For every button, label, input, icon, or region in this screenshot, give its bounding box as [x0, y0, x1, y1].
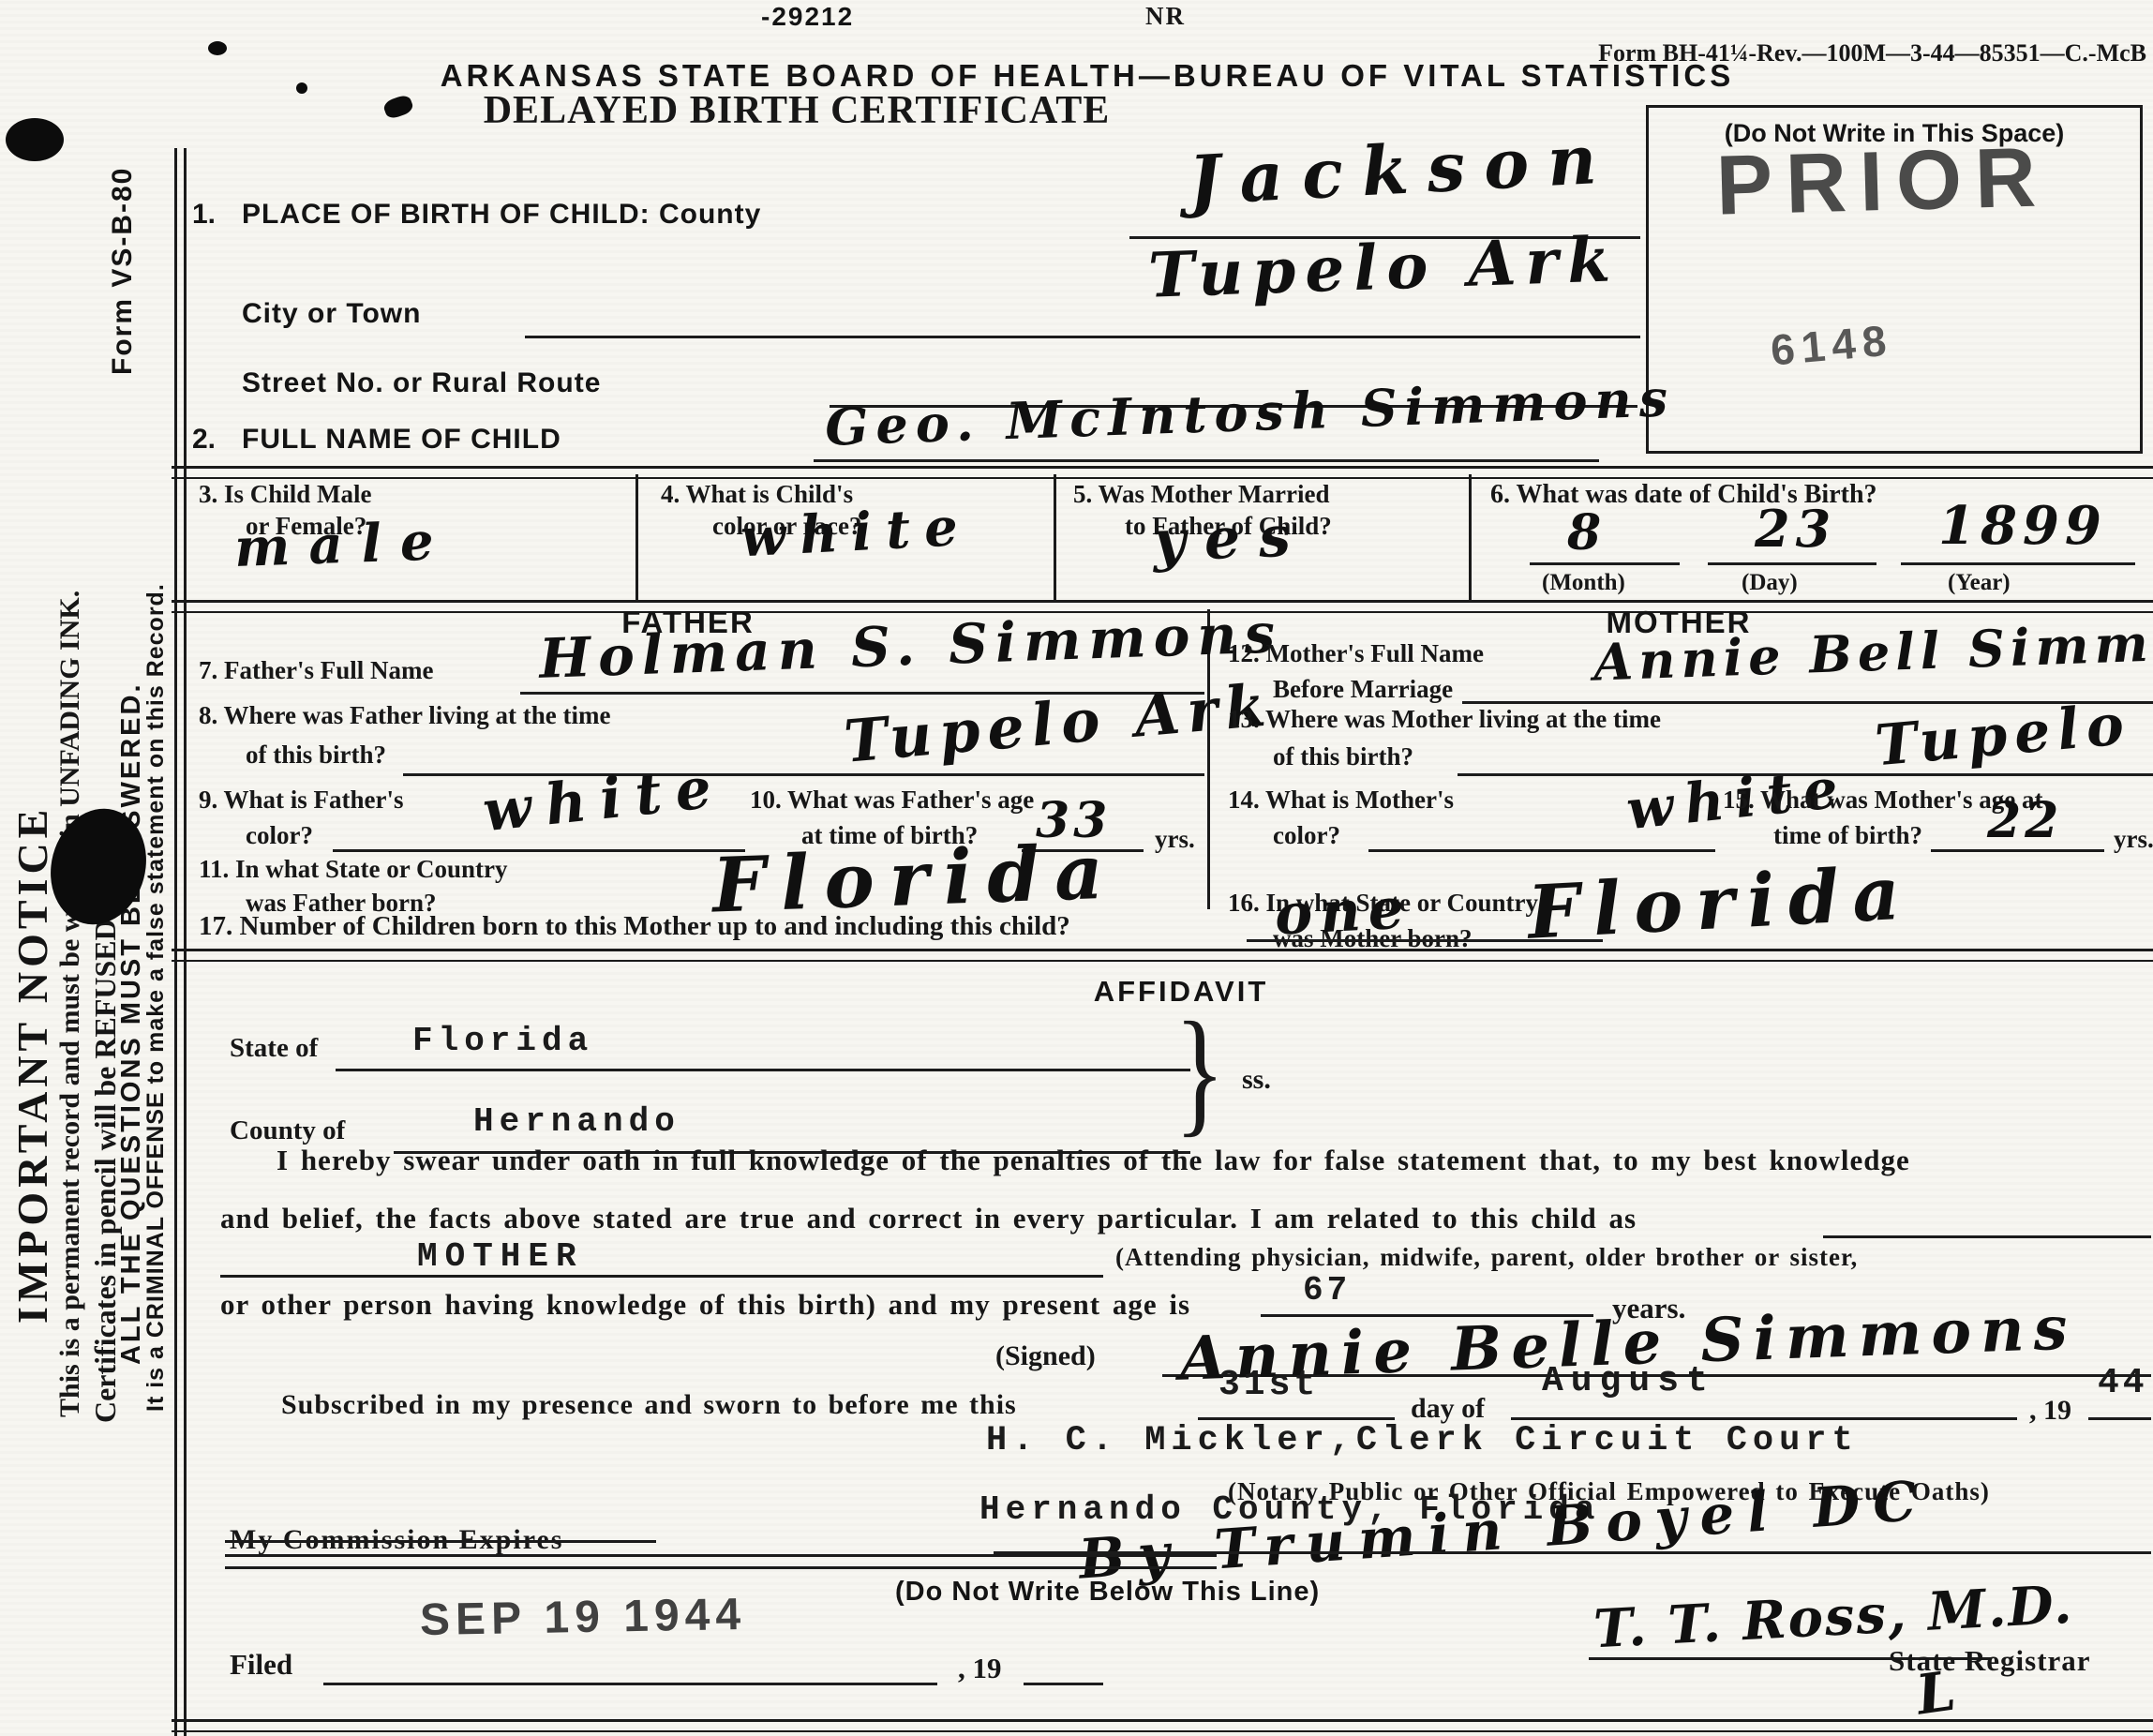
q6-year-sublabel: (Year)	[1948, 570, 2011, 596]
age-value: 67	[1303, 1271, 1351, 1309]
notice-criminal-offense: It is a CRIMINAL OFFENSE to make a false…	[142, 583, 170, 1412]
commission-fill-line2	[225, 1566, 1217, 1569]
attending-note: (Attending physician, midwife, parent, o…	[1115, 1243, 1858, 1272]
form-left-border-inner	[184, 148, 187, 1736]
prior-stamp: PRIOR	[1715, 129, 2051, 234]
filed-year-prefix: , 19	[958, 1652, 1002, 1685]
oath-line3: or other person having knowledge of this…	[220, 1288, 1190, 1322]
street-label: Street No. or Rural Route	[242, 367, 601, 399]
q15-handwritten-value: 22	[1987, 792, 2062, 849]
q8-label-line2: of this birth?	[246, 741, 386, 770]
q11-label-line1: 11. In what State or Country	[199, 855, 508, 884]
county-of-value: Hernando	[473, 1102, 680, 1141]
q6-year-line	[1901, 562, 2135, 565]
certificate-number: -29212	[761, 2, 854, 32]
section-rule	[172, 949, 2153, 962]
bottom-rule	[172, 1719, 2153, 1732]
q15-unit-label: yrs.	[2114, 825, 2153, 854]
sworn-month-line	[1511, 1417, 2017, 1420]
oath-line2: and belief, the facts above stated are t…	[220, 1202, 1637, 1235]
q7-label: 7. Father's Full Name	[199, 656, 433, 685]
q9-label-line1: 9. What is Father's	[199, 786, 404, 815]
sworn-day-value: 31st	[1219, 1365, 1319, 1405]
section-rule	[172, 466, 2153, 479]
stamp-number: 6148	[1769, 314, 1895, 375]
q9-label-line2: color?	[246, 821, 313, 850]
q9-fill-line	[333, 849, 745, 852]
q6-day-sublabel: (Day)	[1742, 570, 1798, 596]
year-prefix-label: , 19	[2029, 1395, 2071, 1427]
signed-label: (Signed)	[995, 1340, 1096, 1372]
q6-month-value: 8	[1567, 504, 1601, 561]
sworn-year-line	[2088, 1417, 2151, 1420]
child-num: 2.	[192, 424, 216, 456]
q14-label-line1: 14. What is Mother's	[1228, 786, 1454, 815]
ink-mark	[381, 93, 414, 120]
county-handwritten-value: Jackson	[1187, 118, 1617, 220]
filed-fill-line	[323, 1683, 937, 1685]
subscribed-line: Subscribed in my presence and sworn to b…	[281, 1389, 1017, 1421]
ss-label: ss.	[1242, 1064, 1271, 1096]
notice-permanent-record: This is a permanent record and must be w…	[54, 591, 86, 1417]
q6-year-value: 1899	[1938, 495, 2107, 557]
q9-handwritten-value: white	[480, 755, 728, 846]
q3-label-line1: 3. Is Child Male	[199, 480, 372, 509]
city-handwritten-value: Tupelo Ark	[1147, 222, 1621, 312]
important-notice-title: IMPORTANT NOTICE	[7, 805, 57, 1324]
box-divider	[1469, 474, 1472, 600]
do-not-write-box: (Do Not Write in This Space) PRIOR 6148	[1646, 105, 2143, 454]
q8-label-line1: 8. Where was Father living at the time	[199, 701, 610, 730]
sworn-year-value: 44	[2098, 1363, 2148, 1403]
sworn-month-value: August	[1542, 1361, 1715, 1401]
child-name-fill-line	[814, 459, 1599, 462]
form-left-border-outer	[174, 148, 177, 1736]
commission-strike-line	[225, 1540, 656, 1543]
q15-label-line2: time of birth?	[1773, 821, 1922, 850]
q17-handwritten-value: one	[1273, 875, 1413, 949]
q15-fill-line	[1931, 849, 2104, 852]
place-num: 1.	[192, 199, 216, 231]
state-registrar-label: State Registrar	[1889, 1644, 2091, 1678]
q13-label-line2: of this birth?	[1273, 742, 1413, 771]
date-received-stamp: SEP 19 1944	[420, 1589, 747, 1646]
q4-handwritten-value: white	[739, 496, 973, 570]
relation-fill-line	[220, 1275, 1103, 1278]
county-of-label: County of	[230, 1115, 345, 1146]
document-title: DELAYED BIRTH CERTIFICATE	[422, 88, 1172, 133]
q10-unit-label: yrs.	[1155, 825, 1195, 854]
q14-fill-line	[1368, 849, 1715, 852]
ink-dot	[208, 41, 227, 55]
officer-name-title: H. C. Mickler,Clerk Circuit Court	[986, 1421, 1859, 1460]
do-not-write-below-label: (Do Not Write Below This Line)	[895, 1577, 1320, 1608]
city-label: City or Town	[242, 298, 421, 330]
ss-brace: }	[1174, 1001, 1225, 1142]
place-label: PLACE OF BIRTH OF CHILD: County	[242, 199, 761, 231]
filed-year-line	[1024, 1683, 1103, 1685]
relation-value: MOTHER	[417, 1237, 584, 1276]
relation-fill-line-right	[1823, 1235, 2151, 1238]
state-of-label: State of	[230, 1033, 318, 1064]
q12-label-line2: Before Marriage	[1273, 675, 1453, 704]
sworn-day-line	[1198, 1417, 1395, 1420]
q6-month-line	[1530, 562, 1680, 565]
q6-day-value: 23	[1755, 499, 1836, 559]
state-of-value: Florida	[412, 1022, 593, 1060]
q12-label-line1: 12. Mother's Full Name	[1228, 639, 1484, 668]
q5-handwritten-value: yes	[1152, 503, 1310, 575]
child-name-handwritten-value: Geo. McIntosh Simmons	[824, 367, 1676, 457]
box-divider	[635, 474, 638, 600]
child-name-label: FULL NAME OF CHILD	[242, 424, 561, 456]
delayed-birth-certificate-scan: Form VS-B-80 IMPORTANT NOTICE This is a …	[0, 0, 2153, 1736]
q13-handwritten-value: Tupelo Ark	[1873, 678, 2153, 780]
nr-mark: NR	[1145, 2, 1186, 31]
q6-month-sublabel: (Month)	[1542, 570, 1625, 596]
q17-label: 17. Number of Children born to this Moth…	[199, 911, 1070, 942]
q6-day-line	[1708, 562, 1876, 565]
q14-label-line2: color?	[1273, 821, 1340, 850]
box-divider	[1054, 474, 1056, 600]
q3-handwritten-value: male	[233, 510, 454, 579]
commission-fill-line	[225, 1554, 1217, 1557]
q8-handwritten-value: Tupelo Ark	[842, 670, 1276, 776]
form-vs-number: Form VS-B-80	[107, 167, 139, 375]
q10-label-line1: 10. What was Father's age	[750, 786, 1034, 815]
day-of-label: day of	[1411, 1393, 1485, 1425]
state-fill-line	[336, 1069, 1190, 1071]
filed-label: Filed	[230, 1648, 292, 1682]
ink-blob	[6, 118, 64, 161]
oath-line1: I hereby swear under oath in full knowle…	[277, 1144, 1910, 1177]
q13-label-line1: 13. Where was Mother living at the time	[1228, 705, 1661, 734]
city-fill-line	[525, 336, 1640, 338]
